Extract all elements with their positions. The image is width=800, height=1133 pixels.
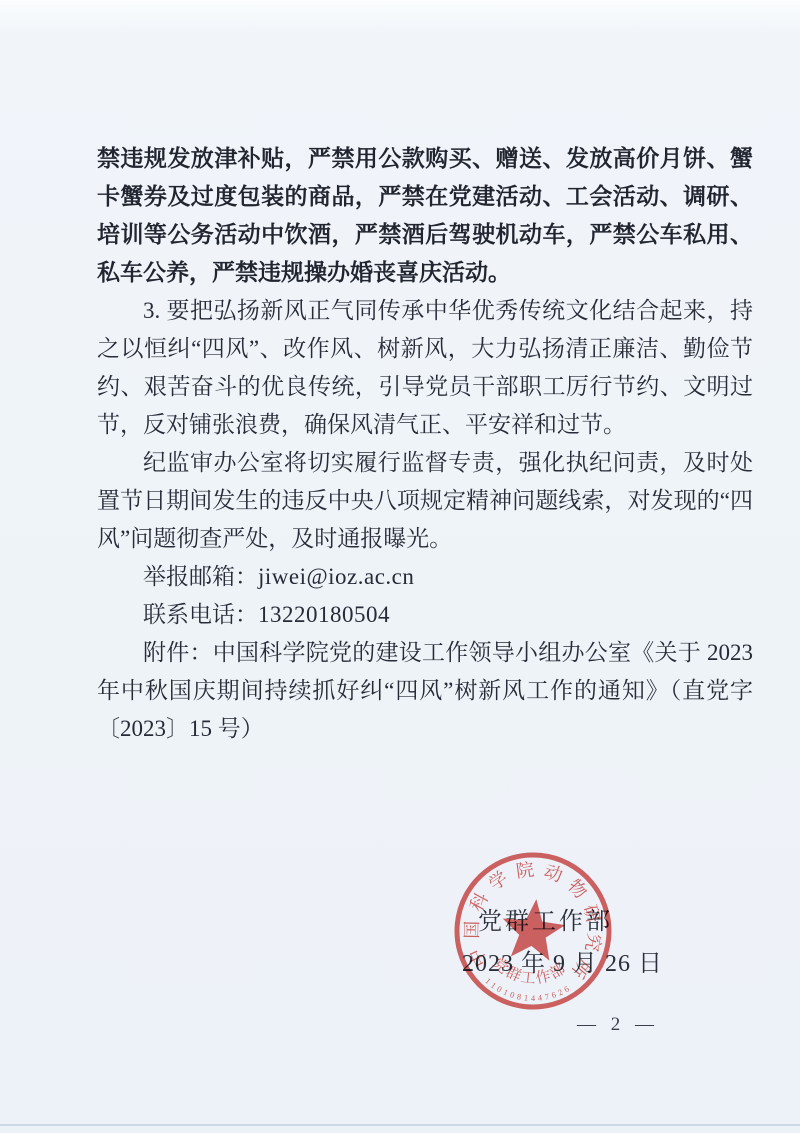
seal-serial-char: 8 xyxy=(516,991,522,1002)
report-email-label: 举报邮箱： xyxy=(143,564,258,589)
seal-ring-text-char: 国 xyxy=(462,921,482,939)
scan-edge-line xyxy=(0,1124,800,1126)
attachment-paragraph: 附件：中国科学院党的建设工作领导小组办公室《关于 2023 年中秋国庆期间持续抓… xyxy=(97,634,753,748)
body-paragraph-item3: 3. 要把弘扬新风正气同传承中华优秀传统文化结合起来，持之以恒纠“四风”、改作风… xyxy=(97,292,753,444)
page-number: — 2 — xyxy=(553,1014,683,1036)
seal-ring-text-char: 究 xyxy=(581,932,604,953)
report-email-value: jiwei@ioz.ac.cn xyxy=(258,564,414,589)
seal-ring-text-char: 中 xyxy=(465,945,491,970)
seal-serial-char: 6 xyxy=(562,984,571,995)
seal-serial-char: 0 xyxy=(509,989,516,1000)
seal-serial-char: 7 xyxy=(544,991,550,1002)
seal-serial-char: 6 xyxy=(550,989,557,1000)
seal-ring-text-char: 研 xyxy=(579,902,603,925)
seal-serial-char: 4 xyxy=(531,993,536,1003)
report-email-line: 举报邮箱：jiwei@ioz.ac.cn xyxy=(97,558,753,596)
contact-phone-value: 13220180504 xyxy=(258,602,390,627)
contact-phone-line: 联系电话：13220180504 xyxy=(97,596,753,634)
document-page: 禁违规发放津补贴，严禁用公款购买、赠送、发放高价月饼、蟹卡蟹券及过度包装的商品，… xyxy=(0,0,800,1133)
seal-ring-text-char: 院 xyxy=(515,859,535,881)
contact-phone-label: 联系电话： xyxy=(143,602,258,627)
body-paragraph-discipline: 禁违规发放津补贴，严禁用公款购买、赠送、发放高价月饼、蟹卡蟹券及过度包装的商品，… xyxy=(97,140,753,292)
seal-star-icon xyxy=(499,896,568,962)
body-paragraph-supervision: 纪监审办公室将切实履行监督专责，强化执纪问责，及时处置节日期间发生的违反中央八项… xyxy=(97,444,753,558)
seal-ring-text-char: 科 xyxy=(466,889,492,914)
seal-serial-char: 1 xyxy=(502,987,510,998)
seal-serial-char: 4 xyxy=(537,992,543,1002)
document-body: 禁违规发放津补贴，严禁用公款购买、赠送、发放高价月饼、蟹卡蟹券及过度包装的商品，… xyxy=(97,140,753,748)
official-seal: 中国科学院动物研究所党群工作部1101081447626 xyxy=(437,835,628,1026)
seal-serial-char: 1 xyxy=(523,992,528,1002)
seal-ring-text-char: 动 xyxy=(542,861,566,886)
